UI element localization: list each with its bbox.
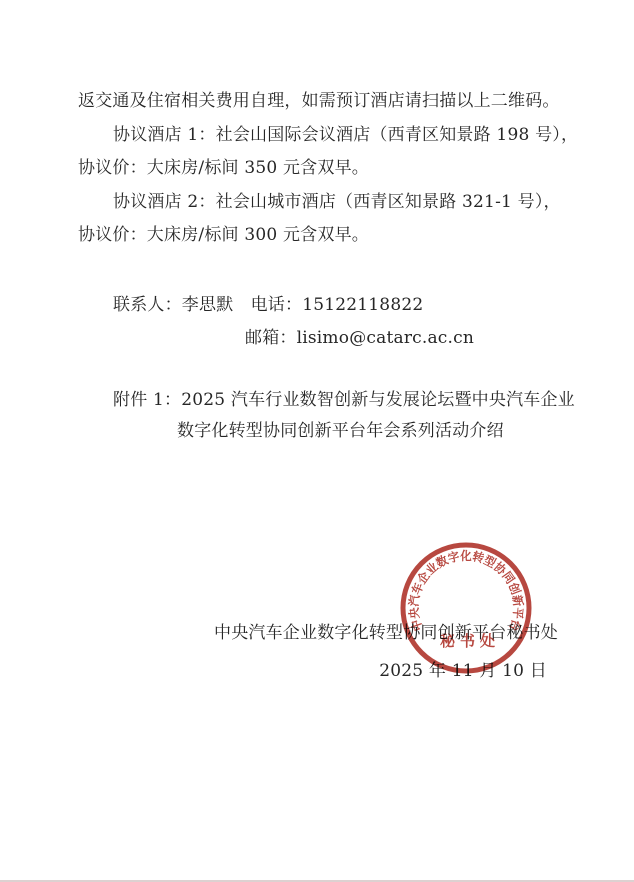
body-line-hotel2-price: 协议价：大床房/标间 300 元含双早。 bbox=[78, 219, 558, 253]
seal-center-text: 秘书处 bbox=[440, 632, 500, 650]
body-paragraphs: 返交通及住宿相关费用自理，如需预订酒店请扫描以上二维码。 协议酒店 1：社会山国… bbox=[78, 85, 558, 253]
body-line-hotel1: 协议酒店 1：社会山国际会议酒店（西青区知景路 198 号）， bbox=[78, 119, 558, 153]
body-line-hotel2: 协议酒店 2：社会山城市酒店（西青区知景路 321-1 号）， bbox=[78, 186, 558, 220]
attachment-line-2: 数字化转型协同创新平台年会系列活动介绍 bbox=[78, 416, 558, 447]
contact-email: 邮箱：lisimo@catarc.ac.cn bbox=[78, 322, 558, 355]
official-seal: 中央汽车企业数字化转型协同创新平台 秘书处 bbox=[391, 533, 541, 683]
document-page: 返交通及住宿相关费用自理，如需预订酒店请扫描以上二维码。 协议酒店 1：社会山国… bbox=[0, 0, 634, 882]
attachment-line-1: 附件 1：2025 汽车行业数智创新与发展论坛暨中央汽车企业 bbox=[78, 385, 558, 416]
seal-graphic: 中央汽车企业数字化转型协同创新平台 秘书处 bbox=[391, 533, 541, 683]
contact-person-phone: 联系人：李思默 电话：15122118822 bbox=[78, 289, 558, 322]
body-line-transport: 返交通及住宿相关费用自理，如需预订酒店请扫描以上二维码。 bbox=[78, 85, 558, 119]
body-line-hotel1-price: 协议价：大床房/标间 350 元含双早。 bbox=[78, 152, 558, 186]
contact-block: 联系人：李思默 电话：15122118822 邮箱：lisimo@catarc.… bbox=[78, 289, 558, 355]
attachment-block: 附件 1：2025 汽车行业数智创新与发展论坛暨中央汽车企业 数字化转型协同创新… bbox=[78, 385, 558, 447]
seal-ring-icon bbox=[403, 545, 529, 671]
